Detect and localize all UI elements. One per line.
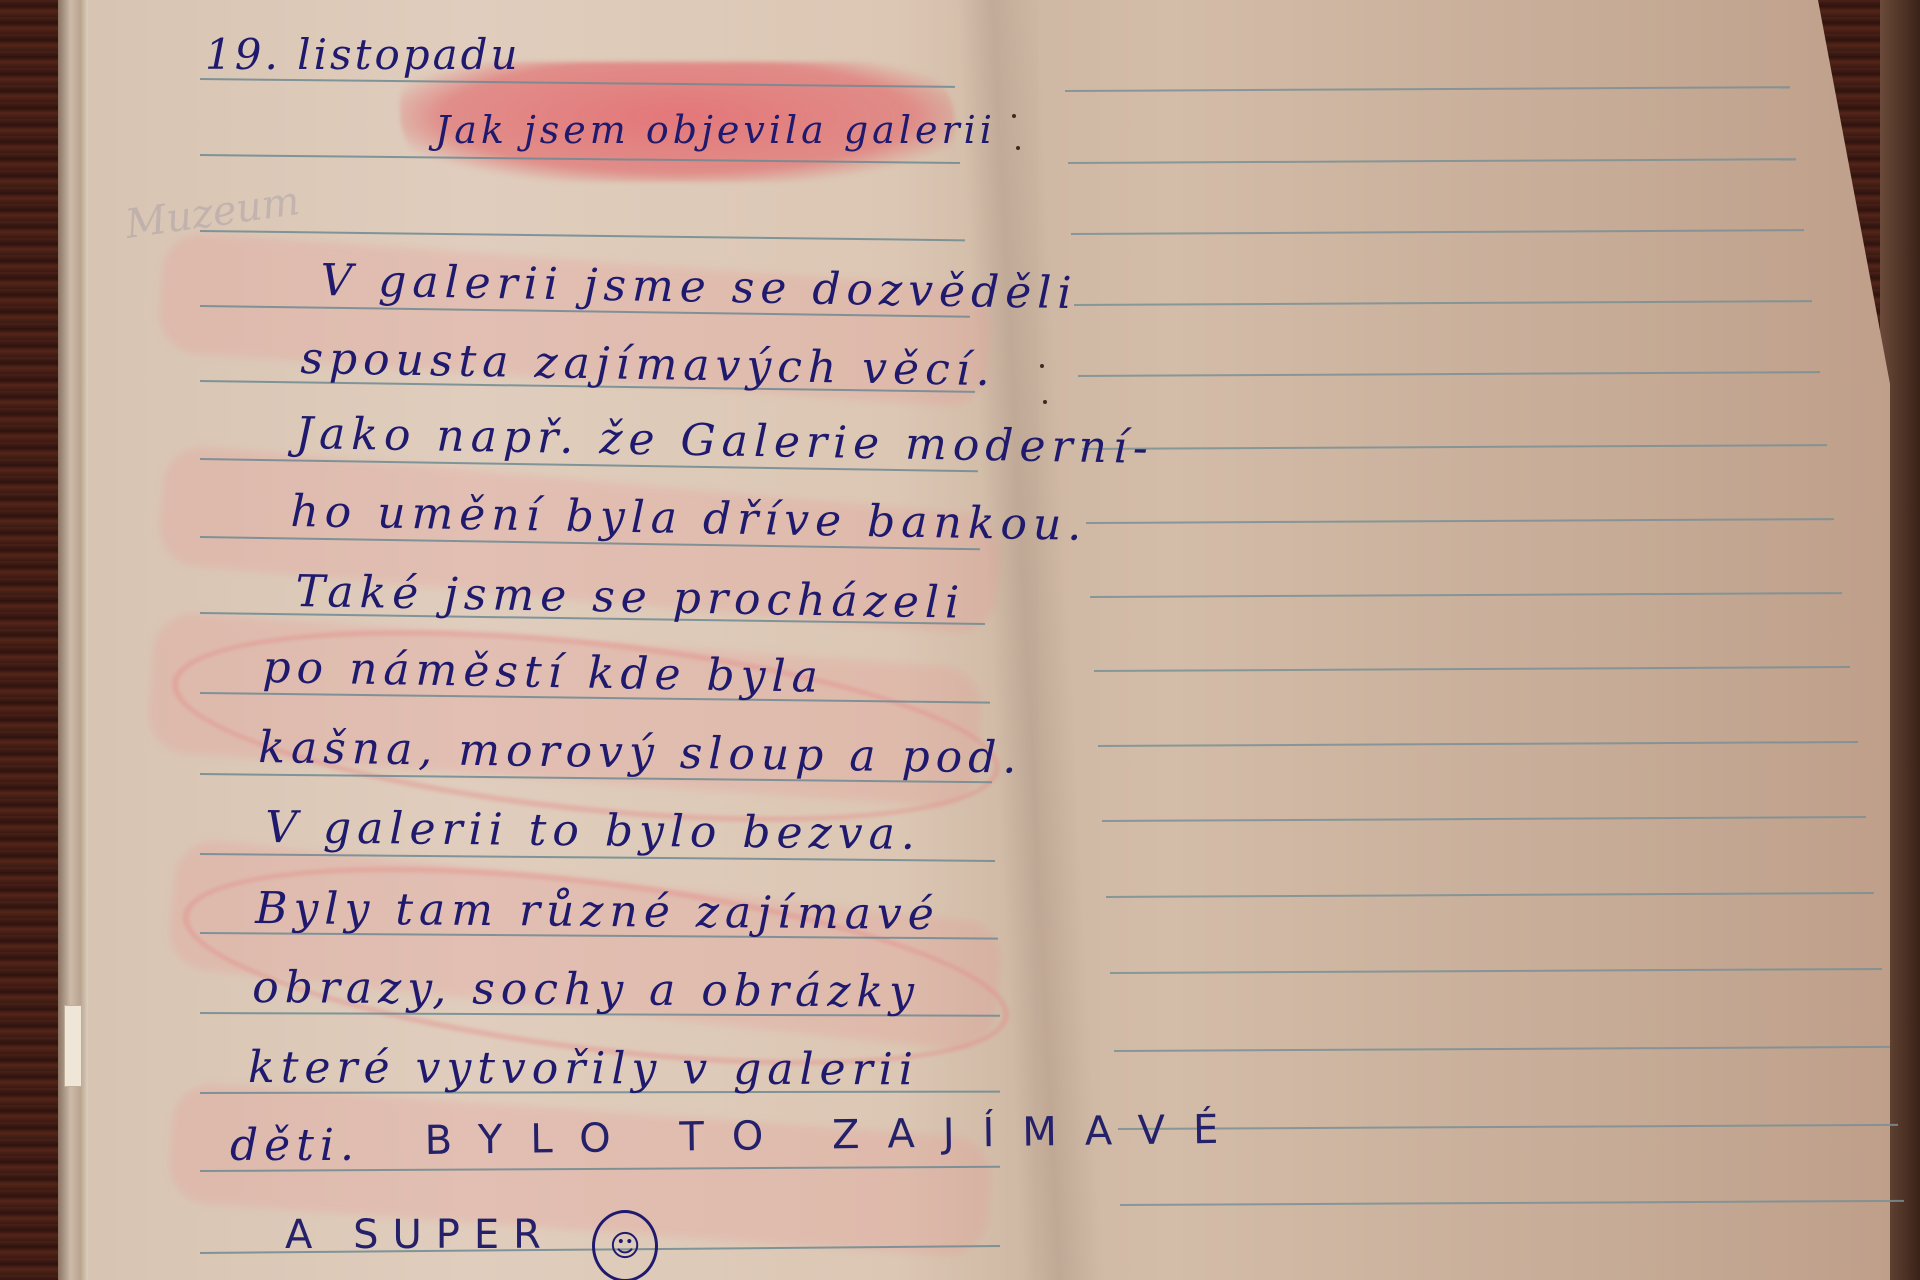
page-tab-marker [64, 1005, 82, 1087]
caps-line-2: A SUPER [285, 1212, 555, 1258]
handwritten-line-11: které vytvořily v galerii [248, 1042, 919, 1095]
binding-stitch [1012, 114, 1016, 118]
entry-title: Jak jsem objevila galerii [435, 108, 996, 152]
binding-stitch [1043, 400, 1047, 404]
handwritten-line-12: děti. [230, 1120, 360, 1171]
smiley-face-icon: ☺ [592, 1210, 658, 1280]
handwritten-line-9: Byly tam různé zajímavé [255, 883, 940, 940]
handwritten-line-10: obrazy, sochy a obrázky [252, 962, 920, 1018]
entry-date: 19. listopadu [205, 30, 521, 79]
binding-stitch [1040, 364, 1044, 368]
handwritten-line-7: kašna, morový sloup a pod. [258, 722, 1023, 784]
notebook-page-edges [58, 0, 90, 1280]
handwritten-line-6: po náměstí kde byla [262, 642, 824, 703]
right-notebook-page [990, 0, 1890, 1280]
binding-stitch [1016, 146, 1020, 150]
handwritten-line-8: V galerii to bylo bezva. [265, 802, 921, 860]
